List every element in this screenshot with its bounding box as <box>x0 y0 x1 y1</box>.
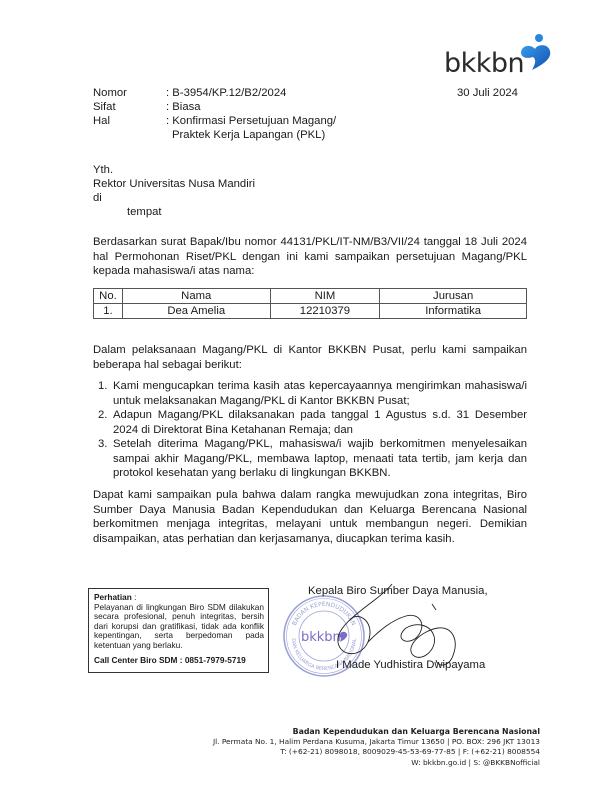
point-line: Kami mengucapkan terima kasih atas keper… <box>113 379 527 394</box>
point-line: 2024 di Direktorat Bina Ketahanan Remaja… <box>113 423 527 438</box>
letter-date: 30 Juli 2024 <box>457 86 518 100</box>
hal-value-continued: Praktek Kerja Lapangan (PKL) <box>172 128 325 142</box>
closing-line: Dapat kami sampaikan pula bahwa dalam ra… <box>93 488 527 503</box>
salutation: Yth. <box>93 163 113 177</box>
column-header-nama: Nama <box>122 289 270 304</box>
footer-organization: Badan Kependudukan dan Keluarga Berencan… <box>213 727 540 737</box>
table-header-row: No. Nama NIM Jurusan <box>94 289 527 304</box>
column-header-no: No. <box>94 289 123 304</box>
column-header-jurusan: Jurusan <box>380 289 527 304</box>
point-line: Adapun Magang/PKL dilaksanakan pada tang… <box>113 408 527 423</box>
notice-line: ketentuan yang berlaku. <box>94 641 264 651</box>
footer-address: Jl. Permata No. 1, Halim Perdana Kusuma,… <box>213 737 540 747</box>
recipient-place: tempat <box>127 205 162 219</box>
points-intro-paragraph: Dalam pelaksanaan Magang/PKL di Kantor B… <box>93 343 527 372</box>
point-line: Setelah diterima Magang/PKL, mahasiswa/i… <box>113 437 527 452</box>
points-intro-line: beberapa hal sebagai berikut: <box>93 358 527 373</box>
sifat-label: Sifat <box>93 100 116 114</box>
point-item: Kami mengucapkan terima kasih atas keper… <box>113 379 527 408</box>
notice-title-suffix: : <box>132 592 137 602</box>
table-row: 1. Dea Amelia 12210379 Informatika <box>94 304 527 319</box>
point-item: Adapun Magang/PKL dilaksanakan pada tang… <box>113 408 527 437</box>
closing-line: disampaikan, atas perhatian dan kerjasam… <box>93 532 527 547</box>
notice-title: Perhatian <box>94 592 132 602</box>
sifat-value: : Biasa <box>166 100 201 114</box>
signatory-name: I Made Yudhistira Dwipayama <box>336 658 485 672</box>
letterhead-footer: Badan Kependudukan dan Keluarga Berencan… <box>213 727 540 768</box>
point-item: Setelah diterima Magang/PKL, mahasiswa/i… <box>113 437 527 481</box>
points-intro-line: Dalam pelaksanaan Magang/PKL di Kantor B… <box>93 343 527 358</box>
nomor-label: Nomor <box>93 86 127 100</box>
point-number: 3. <box>98 437 107 451</box>
recipient-name: Rektor Universitas Nusa Mandiri <box>93 177 255 191</box>
point-line: protokol kesehatan yang berlaku di lingk… <box>113 466 527 481</box>
intro-line: Berdasarkan surat Bapak/Ibu nomor 44131/… <box>93 235 527 250</box>
call-center: Call Center Biro SDM : 0851-7979-5719 <box>94 656 264 666</box>
integrity-notice-box: Perhatian : Pelayanan di lingkungan Biro… <box>88 588 269 673</box>
notice-body: Pelayanan di lingkungan Biro SDM dilakuk… <box>94 603 264 651</box>
intro-line: kepada mahasiswa/i atas nama: <box>93 264 527 279</box>
cell-no: 1. <box>94 304 123 319</box>
bkkbn-heart-person-icon <box>516 32 556 72</box>
cell-nim: 12210379 <box>270 304 380 319</box>
students-table: No. Nama NIM Jurusan 1. Dea Amelia 12210… <box>93 288 527 319</box>
point-line: untuk melaksanakan Magang/PKL di Kantor … <box>113 394 527 409</box>
cell-nama: Dea Amelia <box>122 304 270 319</box>
footer-phone: T: (+62-21) 8098018, 8009029-45-53-69-77… <box>213 747 540 757</box>
point-number: 1. <box>98 379 107 393</box>
cell-jurusan: Informatika <box>380 304 527 319</box>
nomor-value: : B-3954/KP.12/B2/2024 <box>166 86 286 100</box>
footer-web: W: bkkbn.go.id | S: @BKKBNofficial <box>213 758 540 768</box>
point-number: 2. <box>98 408 107 422</box>
column-header-nim: NIM <box>270 289 380 304</box>
bkkbn-logo: bkkbn <box>444 32 554 82</box>
hal-value: : Konfirmasi Persetujuan Magang/ <box>166 114 336 128</box>
closing-line: berkomitmen menjaga integritas, melayani… <box>93 517 527 532</box>
closing-line: Sumber Daya Manusia Badan Kependudukan d… <box>93 503 527 518</box>
signatory-title: Kepala Biro Sumber Daya Manusia, <box>308 584 488 598</box>
recipient-at: di <box>93 191 102 205</box>
closing-paragraph: Dapat kami sampaikan pula bahwa dalam ra… <box>93 488 527 546</box>
logo-wordmark: bkkbn <box>444 48 524 79</box>
intro-line: hal Permohonan Riset/PKL dengan ini kami… <box>93 250 527 265</box>
hal-label: Hal <box>93 114 110 128</box>
intro-paragraph: Berdasarkan surat Bapak/Ibu nomor 44131/… <box>93 235 527 279</box>
point-line: sampai akhir Magang/PKL, membawa laptop,… <box>113 452 527 467</box>
